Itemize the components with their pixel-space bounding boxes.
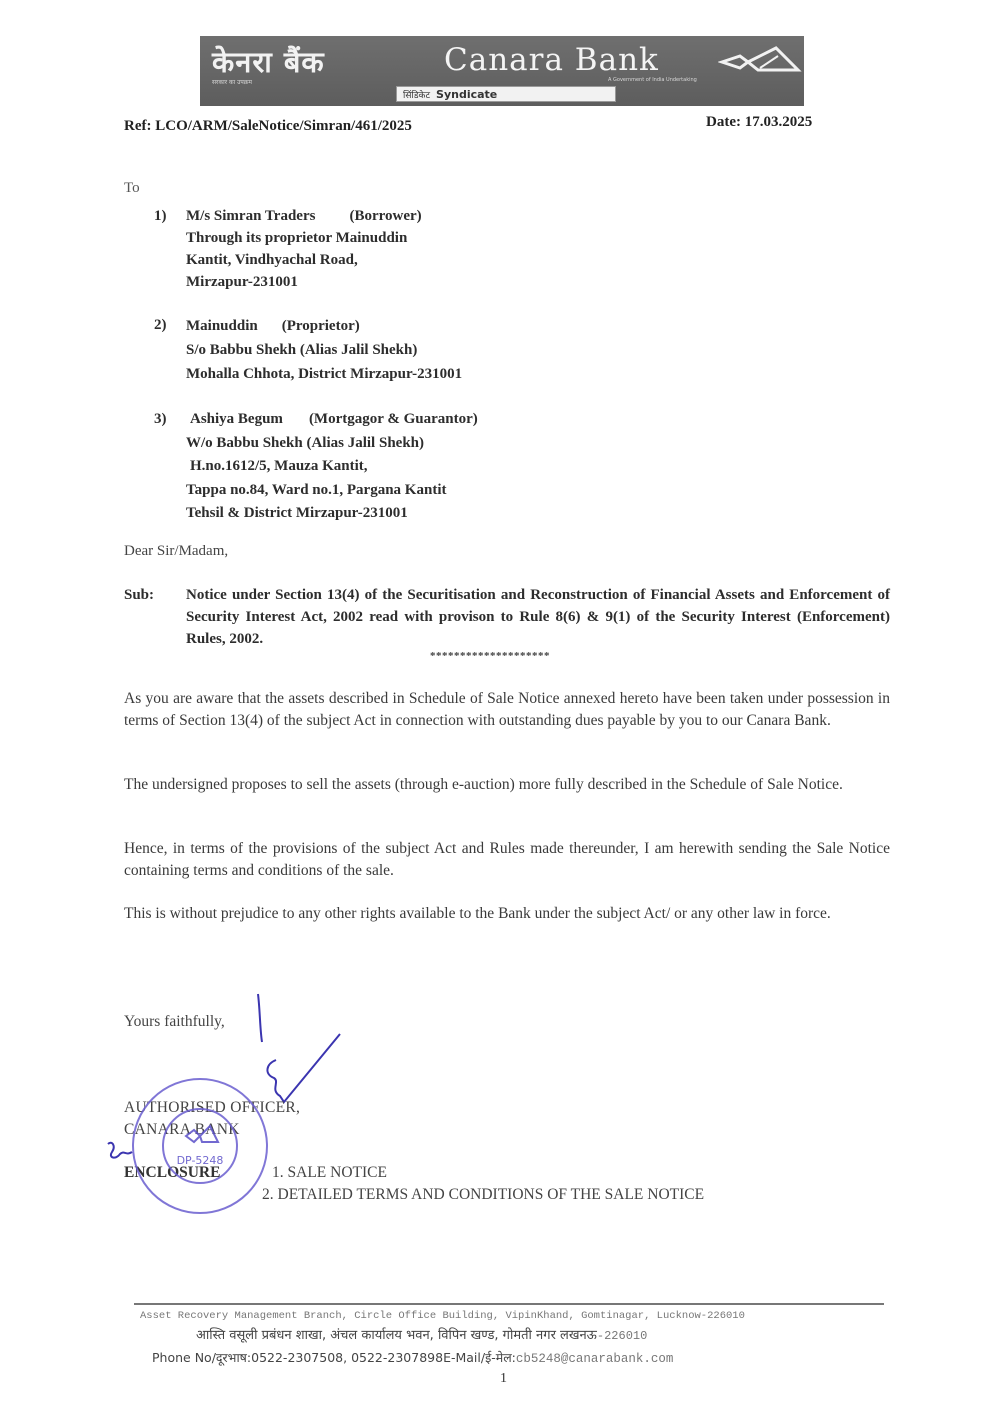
footer-contact: Phone No/दूरभाष:0522-2307508, 0522-23078… bbox=[152, 1349, 673, 1366]
address-line: Mirzapur-231001 bbox=[186, 271, 422, 293]
addressee-2: 2) Mainuddin(Proprietor) S/o Babbu Shekh… bbox=[154, 314, 462, 386]
footer-address-english: Asset Recovery Management Branch, Circle… bbox=[140, 1310, 745, 1322]
syndicate-label-hindi: सिंडिकेट bbox=[403, 91, 430, 101]
stamp-logo-icon bbox=[184, 1124, 220, 1146]
addressee-role: (Proprietor) bbox=[282, 318, 360, 334]
bank-name-english: Canara Bank bbox=[444, 42, 659, 78]
subject-label: Sub: bbox=[124, 584, 154, 606]
canara-bank-logo-icon bbox=[718, 44, 802, 78]
addressee-name: M/s Simran Traders bbox=[186, 208, 315, 224]
initial-mark-icon bbox=[104, 1138, 134, 1164]
phone-numbers: 0522-2307508, 0522-2307898 bbox=[251, 1350, 443, 1365]
footer-address-hindi-text: आस्ति वसूली प्रबंधन शाखा, अंचल कार्यालय … bbox=[196, 1328, 597, 1343]
addressee-3: 3) Ashiya Begum(Mortgagor & Guarantor) W… bbox=[154, 408, 478, 526]
footer-address-pin: -226010 bbox=[597, 1329, 647, 1343]
letterhead-banner: केनरा बैंक सरकार का उपक्रम Canara Bank A… bbox=[200, 36, 804, 106]
salutation: Dear Sir/Madam, bbox=[124, 543, 228, 560]
phone-label: Phone No/दूरभाष: bbox=[152, 1350, 251, 1365]
email-address: cb5248@canarabank.com bbox=[516, 1352, 674, 1366]
syndicate-label-english: Syndicate bbox=[436, 88, 497, 101]
addressee-name: Mainuddin bbox=[186, 318, 258, 334]
body-paragraph-3: Hence, in terms of the provisions of the… bbox=[124, 838, 890, 882]
address-line: H.no.1612/5, Mauza Kantit, bbox=[190, 455, 478, 479]
syndicate-badge: सिंडिकेटSyndicate bbox=[396, 86, 616, 102]
subject-text: Notice under Section 13(4) of the Securi… bbox=[186, 584, 890, 650]
address-line: W/o Babbu Shekh (Alias Jalil Shekh) bbox=[186, 432, 478, 456]
subject-separator: ******************** bbox=[430, 650, 550, 662]
addressee-1: 1) M/s Simran Traders(Borrower) Through … bbox=[154, 205, 422, 293]
body-paragraph-1: As you are aware that the assets describ… bbox=[124, 688, 890, 732]
stamp-code: DP-5248 bbox=[134, 1154, 266, 1167]
page-number: 1 bbox=[500, 1371, 507, 1387]
stamp-inner-ring bbox=[162, 1108, 238, 1184]
closing: Yours faithfully, bbox=[124, 1013, 225, 1031]
footer-divider bbox=[134, 1303, 884, 1305]
address-line: Tehsil & District Mirzapur-231001 bbox=[186, 502, 478, 526]
addressee-role: (Borrower) bbox=[349, 208, 421, 224]
addressee-number: 3) bbox=[154, 408, 167, 430]
official-stamp: DP-5248 bbox=[132, 1078, 268, 1214]
enclosure-item-2: 2. DETAILED TERMS AND CONDITIONS OF THE … bbox=[262, 1182, 704, 1207]
letter-date: Date: 17.03.2025 bbox=[706, 114, 812, 131]
government-tagline: A Government of India Undertaking bbox=[608, 77, 697, 83]
bank-name-hindi: केनरा बैंक bbox=[212, 42, 325, 81]
subject-block: Sub: Notice under Section 13(4) of the S… bbox=[124, 584, 890, 650]
body-paragraph-4: This is without prejudice to any other r… bbox=[124, 903, 890, 925]
addressee-role: (Mortgagor & Guarantor) bbox=[309, 411, 478, 427]
email-label: E-Mail/ई-मेल: bbox=[443, 1350, 516, 1365]
addressee-number: 2) bbox=[154, 314, 167, 336]
to-label: To bbox=[124, 180, 140, 197]
address-line: Mohalla Chhota, District Mirzapur-231001 bbox=[186, 362, 462, 386]
body-paragraph-2: The undersigned proposes to sell the ass… bbox=[124, 774, 890, 796]
footer-address-hindi: आस्ति वसूली प्रबंधन शाखा, अंचल कार्यालय … bbox=[196, 1325, 647, 1343]
reference-number: Ref: LCO/ARM/SaleNotice/Simran/461/2025 bbox=[124, 118, 412, 135]
address-line: S/o Babbu Shekh (Alias Jalil Shekh) bbox=[186, 338, 462, 362]
bank-hindi-tagline: सरकार का उपक्रम bbox=[212, 78, 252, 86]
address-line: Through its proprietor Mainuddin bbox=[186, 227, 422, 249]
addressee-number: 1) bbox=[154, 205, 167, 227]
address-line: Tappa no.84, Ward no.1, Pargana Kantit bbox=[186, 479, 478, 503]
address-line: Kantit, Vindhyachal Road, bbox=[186, 249, 422, 271]
addressee-name: Ashiya Begum bbox=[190, 411, 283, 427]
